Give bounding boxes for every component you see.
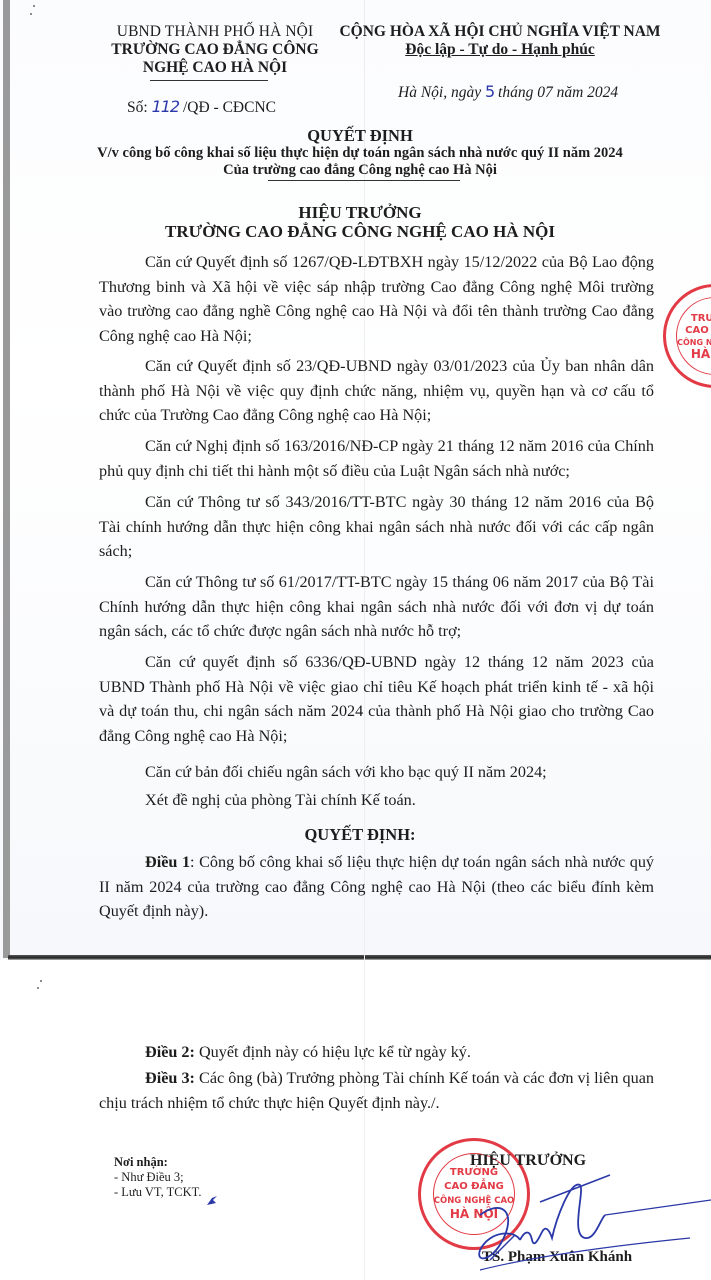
recipients-title: Nơi nhận: bbox=[114, 1155, 201, 1170]
authority-name-line1: TRƯỜNG CAO ĐẲNG CÔNG bbox=[100, 41, 330, 59]
decision-heading: QUYẾT ĐỊNH: bbox=[80, 825, 640, 845]
preamble-item: Căn cứ Thông tư số 61/2017/TT-BTC ngày 1… bbox=[99, 570, 654, 644]
seal-text: TRƯỜNG bbox=[666, 313, 711, 325]
preamble-text: Căn cứ Thông tư số 343/2016/TT-BTC ngày … bbox=[99, 490, 654, 564]
scan-speck bbox=[37, 987, 39, 989]
preamble-text: Căn cứ Nghị định số 163/2016/NĐ-CP ngày … bbox=[99, 434, 654, 483]
preamble-text: Căn cứ quyết định số 6336/QĐ-UBND ngày 1… bbox=[99, 650, 654, 748]
article-text: Quyết định này có hiệu lực kể từ ngày ký… bbox=[195, 1043, 471, 1061]
authority-title: HIỆU TRƯỞNG bbox=[80, 203, 640, 223]
page-break-shadow bbox=[8, 955, 711, 960]
issuing-authority: UBND THÀNH PHỐ HÀ NỘI TRƯỜNG CAO ĐẲNG CÔ… bbox=[100, 23, 330, 77]
handwritten-signature-icon bbox=[420, 1140, 711, 1280]
seal-text: HÀ NỘI bbox=[666, 348, 711, 360]
article-2: Điều 2: Quyết định này có hiệu lực kể từ… bbox=[99, 1040, 654, 1065]
number-suffix: /QĐ - CĐCNC bbox=[183, 99, 276, 116]
subject-line-1: V/v công bố công khai số liệu thực hiện … bbox=[80, 145, 640, 162]
article-label: Điều 2: bbox=[145, 1043, 195, 1061]
scan-speck bbox=[30, 13, 32, 15]
preamble-text: Căn cứ Thông tư số 61/2017/TT-BTC ngày 1… bbox=[99, 570, 654, 644]
preamble-item: Căn cứ Thông tư số 343/2016/TT-BTC ngày … bbox=[99, 490, 654, 564]
preamble-item: Căn cứ Nghị định số 163/2016/NĐ-CP ngày … bbox=[99, 434, 654, 483]
handwritten-number: 112 bbox=[152, 97, 180, 116]
date-prefix: Hà Nội, ngày bbox=[398, 84, 481, 101]
date-suffix: tháng 07 năm 2024 bbox=[498, 84, 618, 101]
authority-name-line2: NGHỆ CAO HÀ NỘI bbox=[100, 59, 330, 77]
handwritten-day: 5 bbox=[485, 82, 494, 101]
preamble-item: Căn cứ quyết định số 6336/QĐ-UBND ngày 1… bbox=[99, 650, 654, 748]
seal-text: CAO ĐẲNG bbox=[666, 325, 711, 337]
preamble-text: Xét đề nghị của phòng Tài chính Kế toán. bbox=[99, 788, 654, 813]
preamble-text: Căn cứ Quyết định số 23/QĐ-UBND ngày 03/… bbox=[99, 354, 654, 428]
national-motto: Độc lập - Tự do - Hạnh phúc bbox=[330, 41, 670, 59]
preamble-item: Căn cứ Quyết định số 1267/QĐ-LĐTBXH ngày… bbox=[99, 250, 654, 348]
article-3: Điều 3: Các ông (bà) Trưởng phòng Tài ch… bbox=[99, 1066, 654, 1115]
preamble-item: Căn cứ Quyết định số 23/QĐ-UBND ngày 03/… bbox=[99, 354, 654, 428]
page-edge-shadow bbox=[3, 0, 10, 958]
document-type: QUYẾT ĐỊNH bbox=[80, 126, 640, 146]
issue-date: Hà Nội, ngày 5 tháng 07 năm 2024 bbox=[398, 82, 618, 102]
recipient-item: - Như Điều 3; bbox=[114, 1170, 201, 1185]
ink-mark-icon bbox=[205, 1193, 219, 1207]
preamble-item: Căn cứ bản đối chiếu ngân sách với kho b… bbox=[99, 760, 654, 785]
article-label: Điều 1 bbox=[145, 853, 190, 871]
preamble-text: Căn cứ Quyết định số 1267/QĐ-LĐTBXH ngày… bbox=[99, 250, 654, 348]
authority-underline bbox=[150, 80, 268, 81]
recipients-block: Nơi nhận: - Như Điều 3; - Lưu VT, TCKT. bbox=[114, 1155, 201, 1200]
authority-parent: UBND THÀNH PHỐ HÀ NỘI bbox=[100, 23, 330, 41]
preamble-item: Xét đề nghị của phòng Tài chính Kế toán. bbox=[99, 788, 654, 813]
scan-speck bbox=[33, 5, 35, 7]
subject-line-2: Của trường cao đẳng Công nghệ cao Hà Nội bbox=[80, 162, 640, 179]
national-name: CỘNG HÒA XÃ HỘI CHỦ NGHĨA VIỆT NAM bbox=[330, 23, 670, 41]
number-prefix: Số: bbox=[127, 99, 148, 116]
article-label: Điều 3: bbox=[145, 1069, 195, 1087]
national-header: CỘNG HÒA XÃ HỘI CHỦ NGHĨA VIỆT NAM Độc l… bbox=[330, 23, 670, 59]
authority-title-school: TRƯỜNG CAO ĐẲNG CÔNG NGHỆ CAO HÀ NỘI bbox=[80, 222, 640, 242]
article-1: Điều 1: Công bố công khai số liệu thực h… bbox=[99, 850, 654, 924]
scan-speck bbox=[40, 980, 42, 982]
document-number: Số: 112 /QĐ - CĐCNC bbox=[127, 97, 276, 117]
recipient-item: - Lưu VT, TCKT. bbox=[114, 1185, 201, 1200]
subject-underline bbox=[268, 180, 460, 181]
preamble-text: Căn cứ bản đối chiếu ngân sách với kho b… bbox=[99, 760, 654, 785]
